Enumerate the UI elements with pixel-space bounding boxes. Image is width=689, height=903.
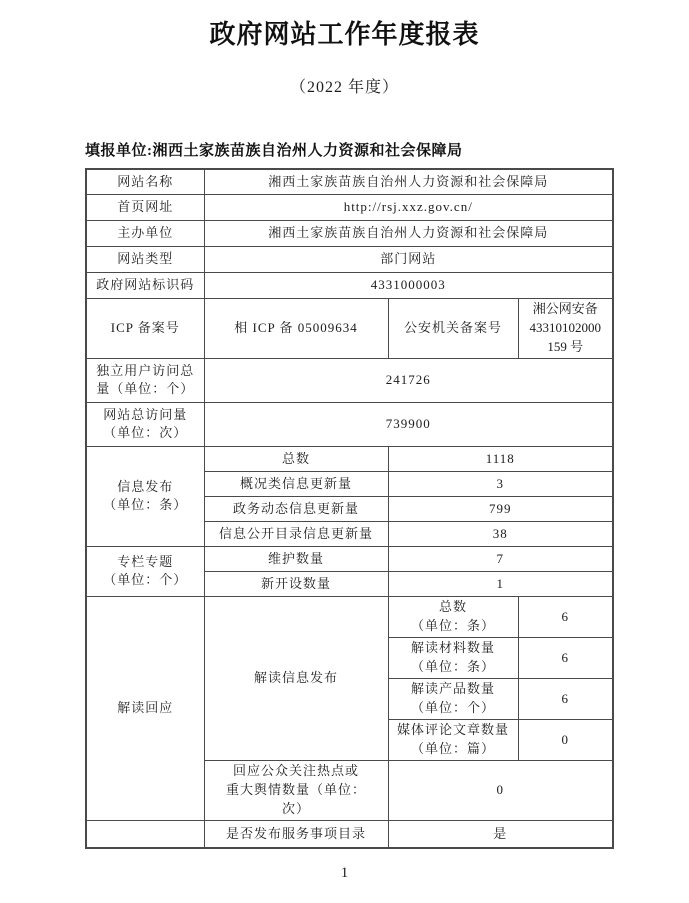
police-filing-value: 湘公网安备 43310102000 159 号 <box>518 299 613 359</box>
column-new-value: 1 <box>388 571 613 596</box>
interpret-material-value: 6 <box>518 637 613 678</box>
info-overview-value: 3 <box>388 471 613 496</box>
info-overview-label: 概况类信息更新量 <box>204 471 388 496</box>
info-news-label: 政务动态信息更新量 <box>204 496 388 521</box>
media-comment-label: 媒体评论文章数量 （单位：篇） <box>388 719 518 760</box>
table-row: 网站总访问量 （单位：次） 739900 <box>86 402 613 446</box>
table-row: 政府网站标识码 4331000003 <box>86 273 613 299</box>
table-row: ICP 备案号 相 ICP 备 05009634 公安机关备案号 湘公网安备 4… <box>86 299 613 359</box>
homepage-url-label: 首页网址 <box>86 195 204 221</box>
unique-visitors-label: 独立用户访问总 量（单位：个） <box>86 358 204 402</box>
document-page: 政府网站工作年度报表 （2022 年度） 填报单位:湘西土家族苗族自治州人力资源… <box>0 0 689 903</box>
site-code-value: 4331000003 <box>204 273 613 299</box>
total-visits-value: 739900 <box>204 402 613 446</box>
sponsor-label: 主办单位 <box>86 221 204 247</box>
interpret-material-label: 解读材料数量 （单位：条） <box>388 637 518 678</box>
table-row: 信息发布 （单位：条） 总数 1118 <box>86 446 613 471</box>
sponsor-value: 湘西土家族苗族自治州人力资源和社会保障局 <box>204 221 613 247</box>
public-response-label: 回应公众关注热点或 重大舆情数量（单位： 次） <box>204 760 388 820</box>
site-name-label: 网站名称 <box>86 169 204 195</box>
column-maintain-value: 7 <box>388 546 613 571</box>
table-row: 主办单位 湘西土家族苗族自治州人力资源和社会保障局 <box>86 221 613 247</box>
total-visits-label: 网站总访问量 （单位：次） <box>86 402 204 446</box>
column-maintain-label: 维护数量 <box>204 546 388 571</box>
interpret-response-section-label: 解读回应 <box>86 596 204 820</box>
info-news-value: 799 <box>388 496 613 521</box>
table-row: 独立用户访问总 量（单位：个） 241726 <box>86 358 613 402</box>
unique-visitors-value: 241726 <box>204 358 613 402</box>
icp-label: ICP 备案号 <box>86 299 204 359</box>
page-number: 1 <box>0 865 689 882</box>
site-type-label: 网站类型 <box>86 247 204 273</box>
special-column-section-label: 专栏专题 （单位：个） <box>86 546 204 596</box>
column-new-label: 新开设数量 <box>204 571 388 596</box>
interpret-total-value: 6 <box>518 596 613 637</box>
service-directory-value: 是 <box>388 820 613 848</box>
page-subtitle: （2022 年度） <box>0 74 689 97</box>
media-comment-value: 0 <box>518 719 613 760</box>
police-filing-label: 公安机关备案号 <box>388 299 518 359</box>
annual-report-table: 网站名称 湘西土家族苗族自治州人力资源和社会保障局 首页网址 http://rs… <box>85 168 614 850</box>
table-row: 首页网址 http://rsj.xxz.gov.cn/ <box>86 195 613 221</box>
service-directory-label: 是否发布服务事项目录 <box>204 820 388 848</box>
table-row: 网站类型 部门网站 <box>86 247 613 273</box>
table-row: 是否发布服务事项目录 是 <box>86 820 613 848</box>
interpret-product-label: 解读产品数量 （单位：个） <box>388 678 518 719</box>
table-row: 网站名称 湘西土家族苗族自治州人力资源和社会保障局 <box>86 169 613 195</box>
site-name-value: 湘西土家族苗族自治州人力资源和社会保障局 <box>204 169 613 195</box>
table-row: 解读回应 解读信息发布 总数 （单位：条） 6 <box>86 596 613 637</box>
interpret-product-value: 6 <box>518 678 613 719</box>
page-title: 政府网站工作年度报表 <box>0 0 689 50</box>
empty-cell <box>86 820 204 848</box>
info-catalog-label: 信息公开目录信息更新量 <box>204 521 388 546</box>
info-total-value: 1118 <box>388 446 613 471</box>
info-catalog-value: 38 <box>388 521 613 546</box>
homepage-url-value: http://rsj.xxz.gov.cn/ <box>204 195 613 221</box>
public-response-value: 0 <box>388 760 613 820</box>
reporting-unit: 填报单位:湘西土家族苗族自治州人力资源和社会保障局 <box>85 139 689 160</box>
table-row: 专栏专题 （单位：个） 维护数量 7 <box>86 546 613 571</box>
interpret-total-label: 总数 （单位：条） <box>388 596 518 637</box>
info-publish-section-label: 信息发布 （单位：条） <box>86 446 204 546</box>
site-type-value: 部门网站 <box>204 247 613 273</box>
icp-value: 相 ICP 备 05009634 <box>204 299 388 359</box>
info-total-label: 总数 <box>204 446 388 471</box>
interpret-publish-label: 解读信息发布 <box>204 596 388 760</box>
site-code-label: 政府网站标识码 <box>86 273 204 299</box>
